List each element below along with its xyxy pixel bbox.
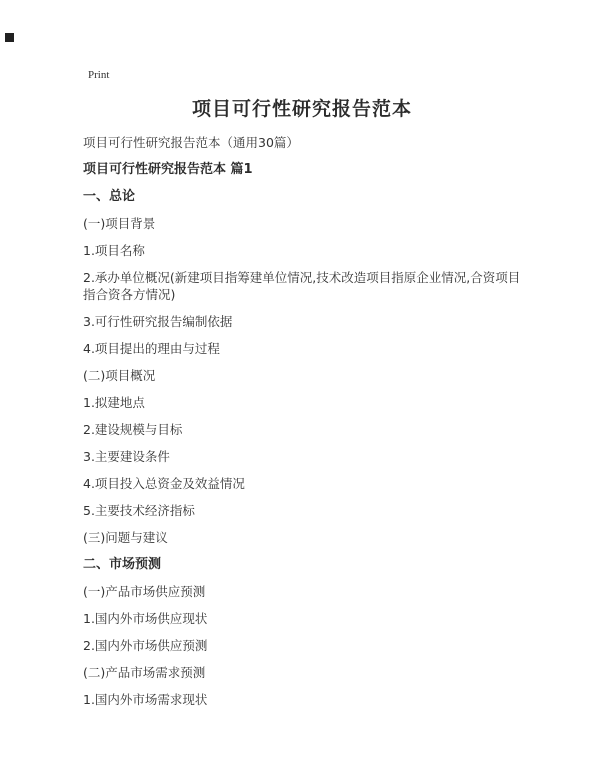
outline-item: 4.项目投入总资金及效益情况 <box>83 475 521 492</box>
outline-item: 1.国内外市场需求现状 <box>83 691 521 708</box>
section-heading: 项目可行性研究报告范本 篇1 <box>83 161 521 178</box>
document-page: Print 项目可行性研究报告范本 项目可行性研究报告范本（通用30篇） 项目可… <box>0 0 600 776</box>
document-subtitle: 项目可行性研究报告范本（通用30篇） <box>83 134 521 151</box>
outline-item: (二)项目概况 <box>83 367 521 384</box>
outline-item: 5.主要技术经济指标 <box>83 502 521 519</box>
outline-item: 3.可行性研究报告编制依据 <box>83 313 521 330</box>
outline-item: 1.国内外市场供应现状 <box>83 610 521 627</box>
outline-item: (三)问题与建议 <box>83 529 521 546</box>
outline-item: 一、总论 <box>83 188 521 205</box>
document-content: 项目可行性研究报告范本 项目可行性研究报告范本（通用30篇） 项目可行性研究报告… <box>83 0 521 708</box>
outline-item: 2.承办单位概况(新建项目指筹建单位情况,技术改造项目指原企业情况,合资项目指合… <box>83 269 521 303</box>
page-title: 项目可行性研究报告范本 <box>83 98 521 120</box>
corner-marker-icon <box>5 33 14 42</box>
outline-item: (一)产品市场供应预测 <box>83 583 521 600</box>
document-outline: 一、总论(一)项目背景1.项目名称2.承办单位概况(新建项目指筹建单位情况,技术… <box>83 188 521 708</box>
print-button[interactable]: Print <box>88 68 109 82</box>
outline-item: 3.主要建设条件 <box>83 448 521 465</box>
outline-item: 2.国内外市场供应预测 <box>83 637 521 654</box>
outline-item: (一)项目背景 <box>83 215 521 232</box>
outline-item: 二、市场预测 <box>83 556 521 573</box>
outline-item: 1.项目名称 <box>83 242 521 259</box>
outline-item: 1.拟建地点 <box>83 394 521 411</box>
outline-item: 2.建设规模与目标 <box>83 421 521 438</box>
outline-item: 4.项目提出的理由与过程 <box>83 340 521 357</box>
outline-item: (二)产品市场需求预测 <box>83 664 521 681</box>
